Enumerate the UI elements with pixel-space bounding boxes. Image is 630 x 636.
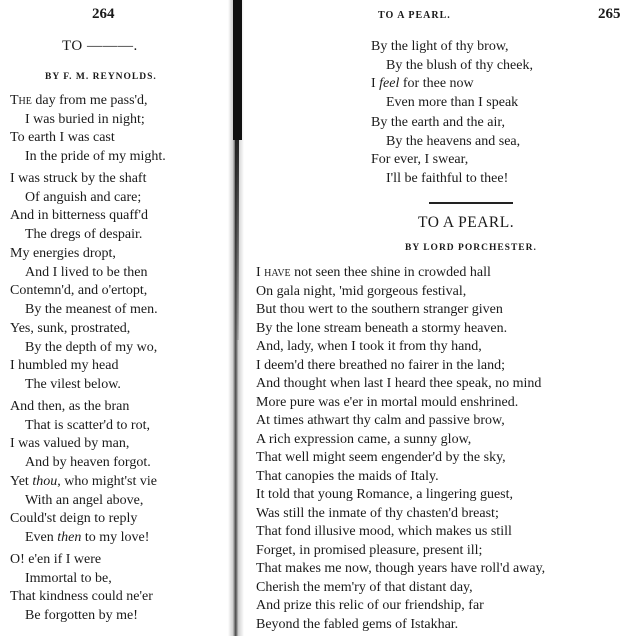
stanza: And then, as the bran That is scatter'd … bbox=[10, 398, 151, 472]
poem-line: Yes, sunk, prostrated, bbox=[10, 320, 157, 339]
poem-line: Cherish the mem'ry of that distant day, bbox=[256, 579, 545, 598]
poem-line: With an angel above, bbox=[10, 492, 157, 511]
stanza: O! e'en if I were Immortal to be, That k… bbox=[10, 551, 153, 625]
poem-line: A rich expression came, a sunny glow, bbox=[256, 431, 545, 450]
poem-line: Of anguish and care; bbox=[10, 189, 148, 208]
running-head: TO A PEARL. bbox=[378, 10, 451, 21]
poem-line: And then, as the bran bbox=[10, 398, 151, 417]
poem-line: By the meanest of men. bbox=[10, 301, 158, 320]
poem-line: And by heaven forgot. bbox=[10, 454, 151, 473]
poem-line: More pure was e'er in mortal mould enshr… bbox=[256, 394, 545, 413]
book-gutter-shadow bbox=[233, 0, 242, 140]
poem-byline: BY LORD PORCHESTER. bbox=[405, 243, 537, 253]
poem-line: Even more than I speak bbox=[371, 94, 533, 113]
emphasis: thou bbox=[32, 474, 57, 489]
poem-line: By the earth and the air, bbox=[371, 114, 520, 133]
poem-line: I'll be faithful to thee! bbox=[371, 170, 520, 189]
poem-line: Be forgotten by me! bbox=[10, 607, 153, 626]
poem-line: By the depth of my wo, bbox=[10, 339, 157, 358]
stanza: By the light of thy brow, By the blush o… bbox=[371, 38, 533, 112]
poem-line: The dregs of despair. bbox=[10, 226, 148, 245]
stanza: By the earth and the air, By the heavens… bbox=[371, 114, 520, 188]
right-page: TO A PEARL. 265 By the light of thy brow… bbox=[248, 0, 630, 636]
poem-line: And thought when last I heard thee speak… bbox=[256, 375, 545, 394]
poem-line: And prize this relic of our friendship, … bbox=[256, 597, 545, 616]
poem-line: That is scatter'd to rot, bbox=[10, 417, 151, 436]
poem-title: TO A PEARL. bbox=[418, 214, 514, 232]
poem-line: On gala night, 'mid gorgeous festival, bbox=[256, 283, 545, 302]
poem-line: I was buried in night; bbox=[10, 111, 166, 130]
poem-title: TO ———. bbox=[62, 38, 138, 55]
poem-line: That kindness could ne'er bbox=[10, 588, 153, 607]
poem-line: Was still the inmate of thy chasten'd br… bbox=[256, 505, 545, 524]
drop-lead: The bbox=[10, 93, 32, 108]
poem-line: By the lone stream beneath a stormy heav… bbox=[256, 320, 545, 339]
poem-line: For ever, I swear, bbox=[371, 151, 520, 170]
poem-line: Yet thou, who might'st vie bbox=[10, 473, 157, 492]
poem-body: I have not seen thee shine in crowded ha… bbox=[256, 264, 545, 634]
poem-line: I have not seen thee shine in crowded ha… bbox=[256, 264, 545, 283]
poem-line: Beyond the fabled gems of Istakhar. bbox=[256, 616, 545, 635]
poem-line: I feel for thee now bbox=[371, 75, 533, 94]
poem-line: In the pride of my might. bbox=[10, 148, 166, 167]
poem-line: That well might seem engender'd by the s… bbox=[256, 449, 545, 468]
left-page: 264 TO ———. BY F. M. REYNOLDS. The day f… bbox=[0, 0, 225, 636]
poem-line: The vilest below. bbox=[10, 376, 157, 395]
poem-line: And, lady, when I took it from thy hand, bbox=[256, 338, 545, 357]
emphasis: then bbox=[57, 530, 81, 545]
poem-line: Forget, in promised pleasure, present il… bbox=[256, 542, 545, 561]
poem-line: By the heavens and sea, bbox=[371, 133, 520, 152]
page-number: 265 bbox=[598, 6, 621, 23]
poem-line: By the light of thy brow, bbox=[371, 38, 533, 57]
poem-line: And I lived to be then bbox=[10, 264, 158, 283]
poem-line: I deem'd there breathed no fairer in the… bbox=[256, 357, 545, 376]
poem-line: To earth I was cast bbox=[10, 129, 166, 148]
page-number: 264 bbox=[92, 6, 115, 23]
poem-line: At times athwart thy calm and passive br… bbox=[256, 412, 545, 431]
stanza: I was struck by the shaft Of anguish and… bbox=[10, 170, 148, 244]
emphasis: feel bbox=[379, 76, 399, 91]
poem-line: Contemn'd, and o'ertopt, bbox=[10, 282, 158, 301]
poem-line: And in bitterness quaff'd bbox=[10, 207, 148, 226]
poem-line: That makes me now, though years have rol… bbox=[256, 560, 545, 579]
poem-line: But thou wert to the southern stranger g… bbox=[256, 301, 545, 320]
stanza: My energies dropt, And I lived to be the… bbox=[10, 245, 158, 319]
poem-line: Immortal to be, bbox=[10, 570, 153, 589]
poem-line: I humbled my head bbox=[10, 357, 157, 376]
poem-line: By the blush of thy cheek, bbox=[371, 57, 533, 76]
poem-line: Even then to my love! bbox=[10, 529, 157, 548]
poem-line: That fond illusive mood, which makes us … bbox=[256, 523, 545, 542]
poem-line: Could'st deign to reply bbox=[10, 510, 157, 529]
drop-lead: I have bbox=[256, 265, 291, 280]
stanza: Yes, sunk, prostrated, By the depth of m… bbox=[10, 320, 157, 394]
poem-line: My energies dropt, bbox=[10, 245, 158, 264]
stanza: Yet thou, who might'st vie With an angel… bbox=[10, 473, 157, 547]
poem-line: I was valued by man, bbox=[10, 435, 151, 454]
poem-line: It told that young Romance, a lingering … bbox=[256, 486, 545, 505]
poem-line: O! e'en if I were bbox=[10, 551, 153, 570]
poem-line: The day from me pass'd, bbox=[10, 92, 166, 111]
poem-line: I was struck by the shaft bbox=[10, 170, 148, 189]
poem-byline: BY F. M. REYNOLDS. bbox=[45, 72, 157, 82]
book-gutter-fade bbox=[235, 140, 239, 340]
stanza: The day from me pass'd, I was buried in … bbox=[10, 92, 166, 166]
section-divider bbox=[429, 202, 513, 204]
poem-line: That canopies the maids of Italy. bbox=[256, 468, 545, 487]
